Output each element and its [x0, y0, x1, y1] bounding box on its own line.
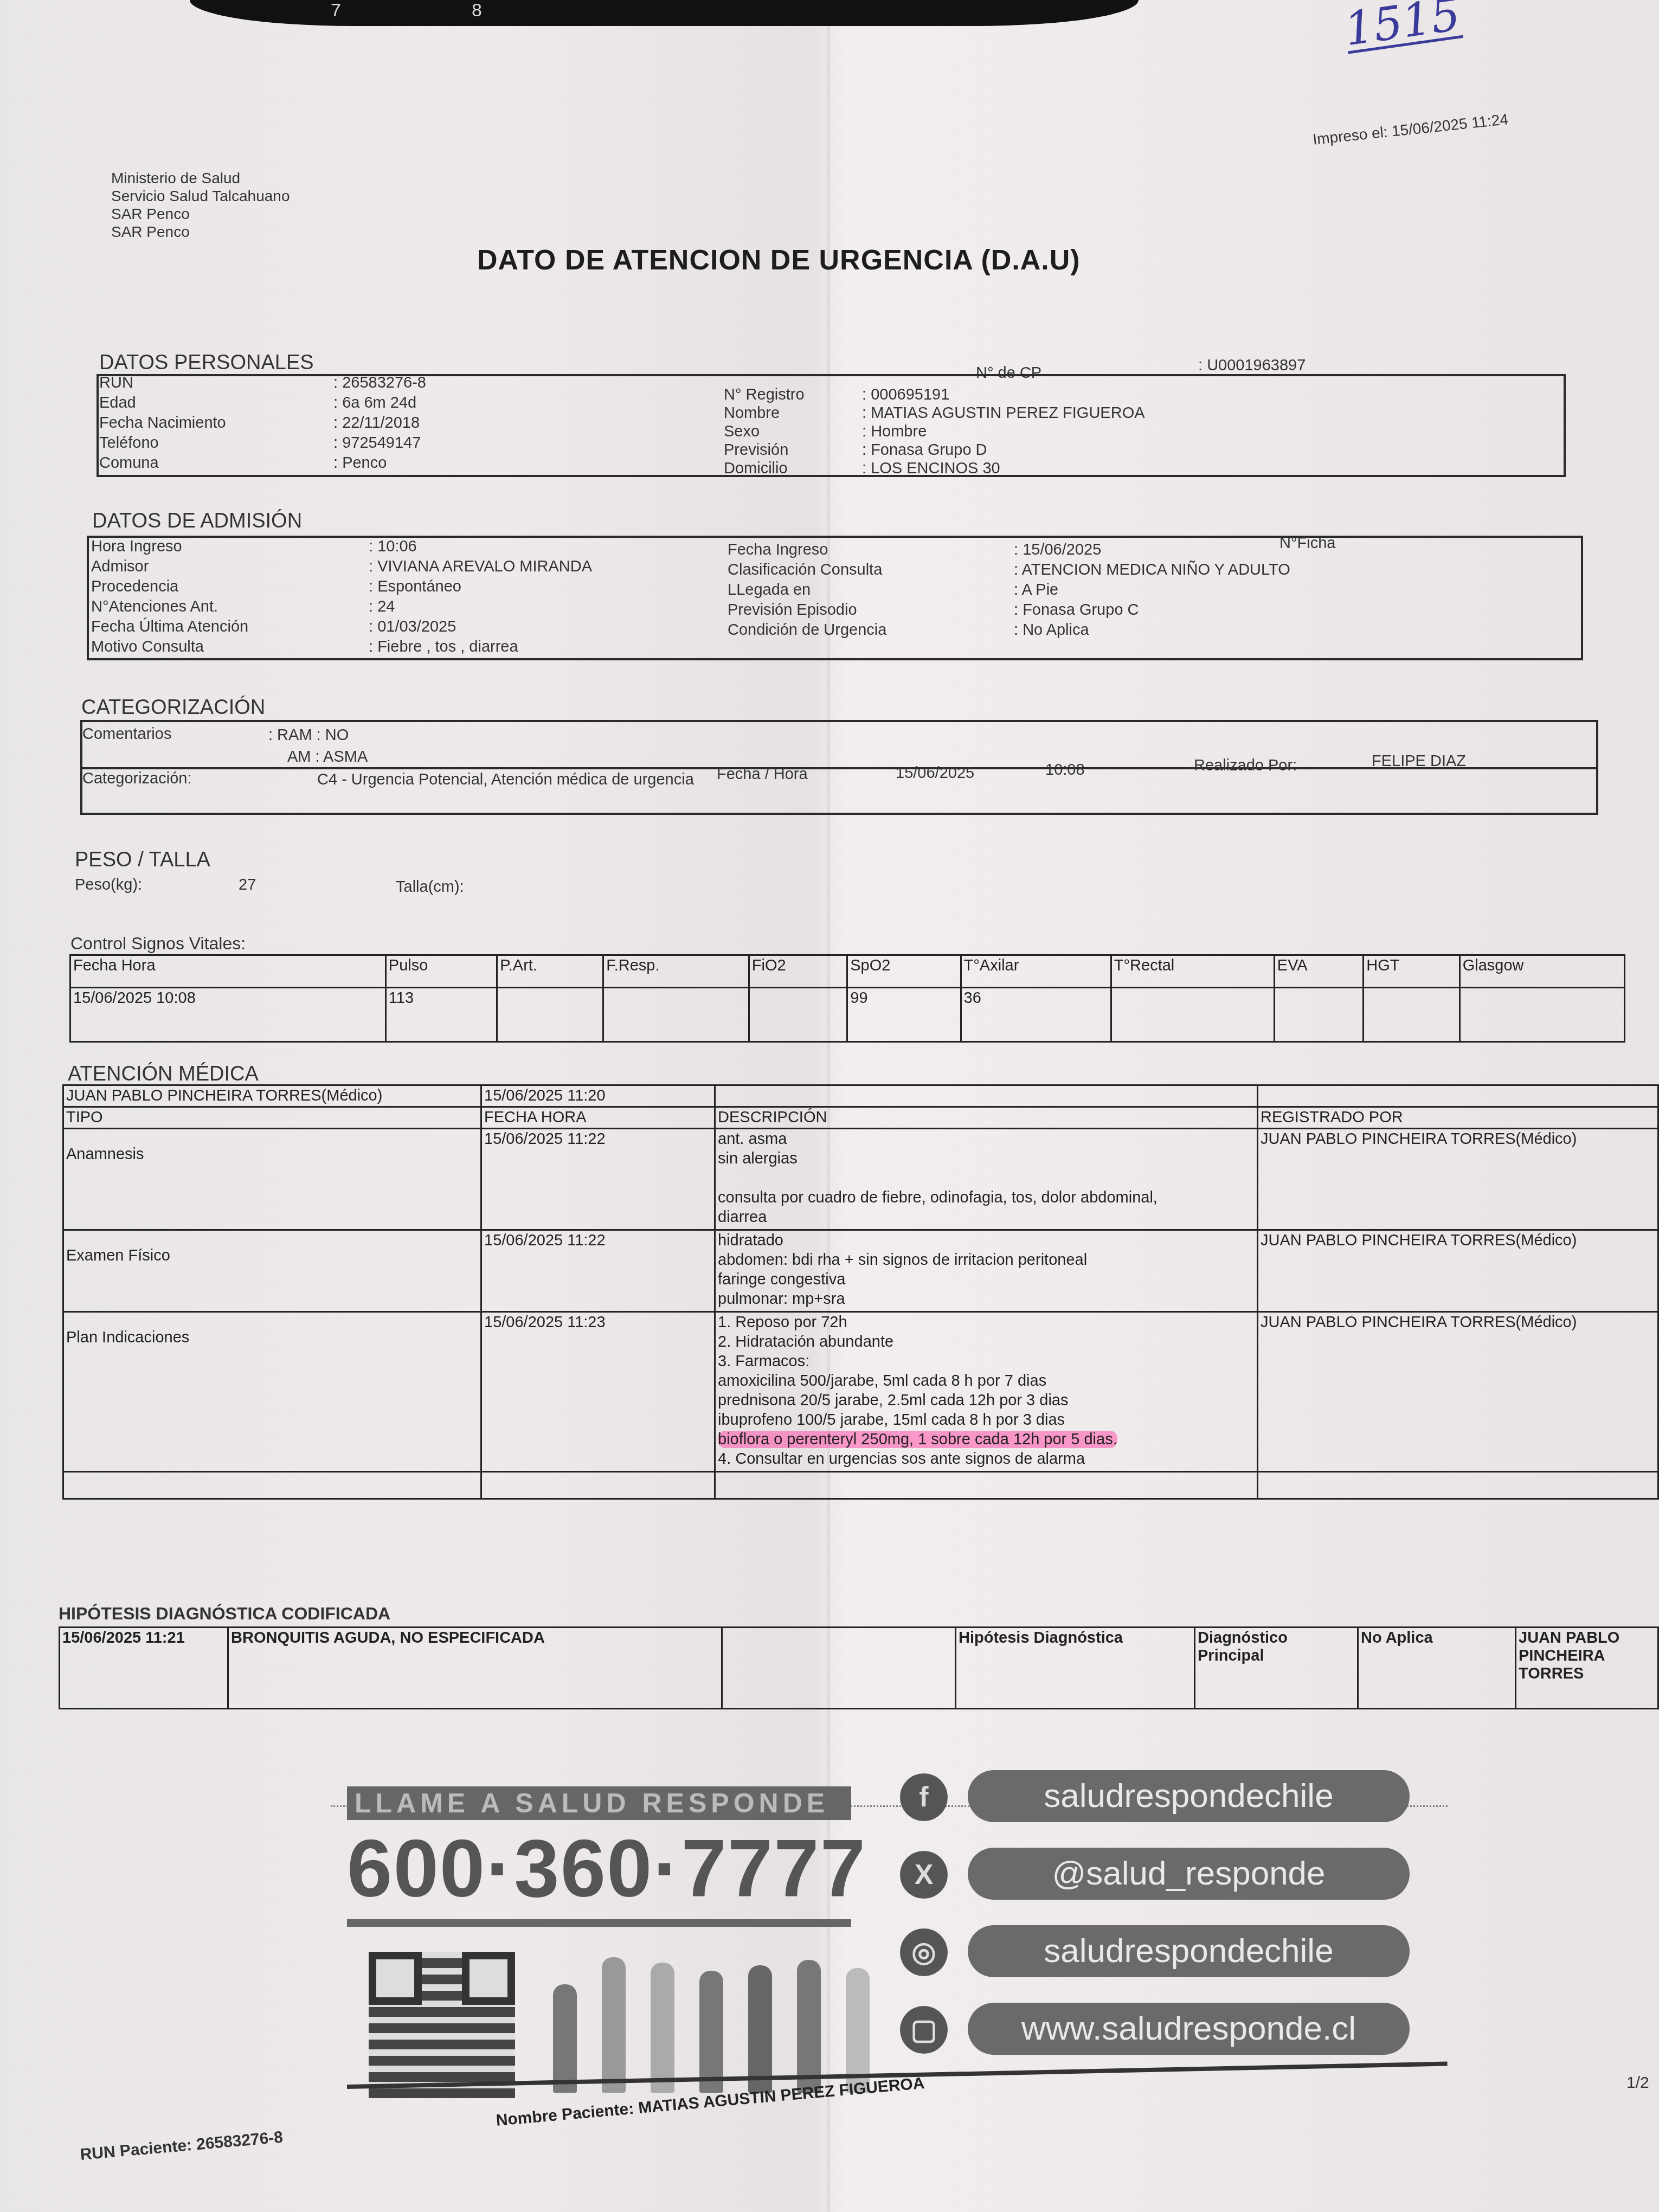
personal-left-row: Fecha Nacimiento: 22/11/2018 — [99, 414, 226, 432]
field-label: Nombre — [724, 404, 780, 422]
atencion-header: REGISTRADO POR — [1258, 1107, 1658, 1129]
field-value: : No Aplica — [1014, 621, 1089, 639]
social-link: ▢www.saludresponde.cl — [900, 2003, 1420, 2055]
atencion-registrado: JUAN PABLO PINCHEIRA TORRES(Médico) — [1258, 1312, 1658, 1472]
vitals-header: Fecha Hora — [70, 955, 386, 988]
categorizacion-fecha: 15/06/2025 — [896, 764, 974, 782]
web-icon: ▢ — [900, 2006, 948, 2054]
social-handle: @salud_responde — [968, 1848, 1410, 1900]
doctor-name: JUAN PABLO PINCHEIRA TORRES(Médico) — [63, 1085, 481, 1107]
handwritten-note: 1515 — [1342, 0, 1463, 54]
vitals-header: EVA — [1274, 955, 1363, 988]
field-label: Previsión Episodio — [728, 601, 857, 619]
field-label: Condición de Urgencia — [728, 621, 886, 639]
comentario-ram: : RAM : NO — [268, 726, 349, 744]
field-label: Edad — [99, 394, 136, 412]
atencion-descripcion: ant. asmasin alergiasconsulta por cuadro… — [715, 1129, 1258, 1230]
field-label: Fecha Nacimiento — [99, 414, 226, 432]
datos-personales-box — [97, 374, 1566, 477]
org-line: SAR Penco — [111, 223, 290, 241]
social-handle: saludrespondechile — [968, 1770, 1410, 1822]
keyboard-edge: 7 8 — [190, 0, 1139, 26]
field-value: : 26583276-8 — [333, 374, 426, 392]
personal-right-row: Previsión: Fonasa Grupo D — [724, 441, 788, 459]
field-label: N° Registro — [724, 386, 805, 404]
key-label: 8 — [472, 0, 482, 21]
field-value: : Penco — [333, 454, 387, 472]
hipotesis-medico: JUAN PABLO PINCHEIRA TORRES — [1516, 1628, 1658, 1709]
field-label: RUN — [99, 374, 133, 392]
divider — [80, 767, 1598, 769]
categorizacion-hora: 10:08 — [1045, 761, 1085, 779]
field-value: : LOS ENCINOS 30 — [862, 460, 1000, 478]
description-line: ant. asma — [718, 1130, 787, 1148]
hipotesis-clase: Diagnóstico Principal — [1195, 1628, 1358, 1709]
vitals-header: SpO2 — [847, 955, 961, 988]
vitals-header: Pulso — [385, 955, 497, 988]
facebook-icon: f — [900, 1773, 948, 1821]
field-label: Hora Ingreso — [91, 538, 182, 556]
personal-left-row: Teléfono: 972549147 — [99, 434, 159, 452]
description-line: faringe congestiva — [718, 1271, 845, 1288]
field-value: : A Pie — [1014, 581, 1058, 599]
hipotesis-fecha: 15/06/2025 11:21 — [60, 1628, 228, 1709]
hipotesis-ges: No Aplica — [1358, 1628, 1516, 1709]
admision-right-row: LLegada en: A Pie — [728, 581, 811, 599]
social-handle: saludrespondechile — [968, 1925, 1410, 1977]
atencion-descripcion: hidratadoabdomen: bdi rha + sin signos d… — [715, 1230, 1258, 1312]
org-line: Ministerio de Salud — [111, 169, 290, 187]
vitals-cell: 113 — [385, 988, 497, 1042]
atencion-tipo: Anamnesis — [63, 1129, 481, 1230]
field-value: : Espontáneo — [369, 578, 461, 596]
admision-right-row: Condición de Urgencia: No Aplica — [728, 621, 886, 639]
field-label: N°Atenciones Ant. — [91, 598, 218, 616]
document-title: DATO DE ATENCION DE URGENCIA (D.A.U) — [477, 244, 1081, 276]
section-title-datos-admision: DATOS DE ADMISIÓN — [92, 510, 302, 533]
qr-code-icon — [369, 1952, 515, 2098]
vitals-cell: 15/06/2025 10:08 — [70, 988, 386, 1042]
vitals-header: Glasgow — [1459, 955, 1624, 988]
social-link: X@salud_responde — [900, 1848, 1420, 1900]
section-title-hipotesis: HIPÓTESIS DIAGNÓSTICA CODIFICADA — [59, 1604, 390, 1624]
field-value: : ATENCION MEDICA NIÑO Y ADULTO — [1014, 561, 1290, 579]
field-label: Sexo — [724, 423, 760, 441]
divider — [347, 1919, 851, 1927]
org-line: Servicio Salud Talcahuano — [111, 187, 290, 205]
description-line: ibuprofeno 100/5 jarabe, 15ml cada 8 h p… — [718, 1411, 1065, 1429]
table-row: Examen Físico15/06/2025 11:22hidratadoab… — [63, 1230, 1658, 1312]
atencion-registrado: JUAN PABLO PINCHEIRA TORRES(Médico) — [1258, 1129, 1658, 1230]
vitals-header: T°Axilar — [961, 955, 1111, 988]
field-label: Fecha Última Atención — [91, 618, 248, 636]
personal-left-row: RUN: 26583276-8 — [99, 374, 133, 392]
page-number: 1/2 — [1626, 2074, 1649, 2092]
signos-vitales-title: Control Signos Vitales: — [70, 934, 246, 954]
hipotesis-empty — [722, 1628, 956, 1709]
description-line: 2. Hidratación abundante — [718, 1333, 893, 1351]
field-label: Teléfono — [99, 434, 159, 452]
organization-header: Ministerio de Salud Servicio Salud Talca… — [111, 169, 290, 241]
admision-right-row: Previsión Episodio: Fonasa Grupo C — [728, 601, 857, 619]
key-label: 7 — [331, 0, 341, 21]
table-row: Anamnesis15/06/2025 11:22ant. asmasin al… — [63, 1129, 1658, 1230]
field-value: : Fonasa Grupo C — [1014, 601, 1139, 619]
printed-timestamp: Impreso el: 15/06/2025 11:24 — [1312, 111, 1509, 149]
admision-left-row: Admisor: VIVIANA AREVALO MIRANDA — [91, 558, 149, 576]
field-label: Fecha Ingreso — [728, 541, 828, 559]
atencion-medica-table: JUAN PABLO PINCHEIRA TORRES(Médico)15/06… — [62, 1084, 1659, 1500]
atencion-tipo: Examen Físico — [63, 1230, 481, 1312]
field-label: Comuna — [99, 454, 159, 472]
doctor-datetime: 15/06/2025 11:20 — [481, 1085, 715, 1107]
admision-left-row: Hora Ingreso: 10:06 — [91, 538, 182, 556]
atencion-fecha: 15/06/2025 11:23 — [481, 1312, 715, 1472]
admision-left-row: N°Atenciones Ant.: 24 — [91, 598, 218, 616]
personal-right-row: N° Registro: 000695191 — [724, 386, 805, 404]
realizado-label: Realizado Por: — [1194, 757, 1297, 775]
personal-right-row: Nombre: MATIAS AGUSTIN PEREZ FIGUEROA — [724, 404, 780, 422]
vitals-cell — [749, 988, 847, 1042]
description-line: 1. Reposo por 72h — [718, 1314, 847, 1331]
section-title-peso-talla: PESO / TALLA — [75, 848, 210, 872]
vitals-cell: 36 — [961, 988, 1111, 1042]
categorizacion-value: C4 - Urgencia Potencial, Atención médica… — [317, 769, 697, 790]
vitals-header: P.Art. — [497, 955, 603, 988]
field-value: : 15/06/2025 — [1014, 541, 1101, 559]
field-value: : MATIAS AGUSTIN PEREZ FIGUEROA — [862, 404, 1145, 422]
field-value: : Fiebre , tos , diarrea — [369, 638, 518, 656]
field-label: LLegada en — [728, 581, 811, 599]
description-line: bioflora o perenteryl 250mg, 1 sobre cad… — [718, 1431, 1117, 1448]
org-line: SAR Penco — [111, 205, 290, 223]
cp-value: : U0001963897 — [1198, 357, 1306, 375]
field-label: Previsión — [724, 441, 788, 459]
footer-patient-run: RUN Paciente: 26583276-8 — [80, 2128, 284, 2164]
atencion-header: TIPO — [63, 1107, 481, 1129]
admision-right-row: Fecha Ingreso: 15/06/2025 — [728, 541, 828, 559]
description-line: 3. Farmacos: — [718, 1353, 809, 1370]
description-line: pulmonar: mp+sra — [718, 1290, 845, 1308]
description-line: diarrea — [718, 1208, 767, 1226]
field-value: : 972549147 — [333, 434, 421, 452]
description-line: consulta por cuadro de fiebre, odinofagi… — [718, 1189, 1158, 1206]
hipotesis-tipo: Hipótesis Diagnóstica — [956, 1628, 1195, 1709]
vitals-cell — [1111, 988, 1274, 1042]
field-value: : Hombre — [862, 423, 927, 441]
field-value: : 6a 6m 24d — [333, 394, 416, 412]
admision-left-row: Fecha Última Atención: 01/03/2025 — [91, 618, 248, 636]
personal-left-row: Edad: 6a 6m 24d — [99, 394, 136, 412]
section-title-datos-personales: DATOS PERSONALES — [99, 351, 314, 375]
field-value: : VIVIANA AREVALO MIRANDA — [369, 558, 592, 576]
vitals-cell — [1274, 988, 1363, 1042]
description-line: amoxicilina 500/jarabe, 5ml cada 8 h por… — [718, 1372, 1046, 1390]
social-handle: www.saludresponde.cl — [968, 2003, 1410, 2055]
atencion-fecha: 15/06/2025 11:22 — [481, 1230, 715, 1312]
vitals-header: HGT — [1364, 955, 1459, 988]
field-value: : 000695191 — [862, 386, 949, 404]
section-title-categorizacion: CATEGORIZACIÓN — [81, 696, 265, 719]
vitals-cell — [1364, 988, 1459, 1042]
vitals-header: FiO2 — [749, 955, 847, 988]
call-strip: LLAME A SALUD RESPONDE — [347, 1786, 851, 1820]
field-label: Domicilio — [724, 460, 788, 478]
admision-left-row: Procedencia: Espontáneo — [91, 578, 178, 596]
field-value: : 24 — [369, 598, 395, 616]
talla-label: Talla(cm): — [396, 878, 464, 896]
description-line: prednisona 20/5 jarabe, 2.5ml cada 12h p… — [718, 1392, 1069, 1409]
peso-label: Peso(kg): — [75, 876, 142, 894]
admision-left-row: Motivo Consulta: Fiebre , tos , diarrea — [91, 638, 204, 656]
field-value: : 01/03/2025 — [369, 618, 456, 636]
comentario-am: AM : ASMA — [287, 748, 368, 766]
description-line: 4. Consultar en urgencias sos ante signo… — [718, 1450, 1085, 1468]
social-link: ◎saludrespondechile — [900, 1925, 1420, 1977]
hipotesis-diagnostico: BRONQUITIS AGUDA, NO ESPECIFICADA — [228, 1628, 722, 1709]
personal-left-row: Comuna: Penco — [99, 454, 159, 472]
social-link: fsaludrespondechile — [900, 1770, 1420, 1822]
instagram-icon: ◎ — [900, 1928, 948, 1976]
table-row: Plan Indicaciones15/06/2025 11:231. Repo… — [63, 1312, 1658, 1472]
admision-right-row: Clasificación Consulta: ATENCION MEDICA … — [728, 561, 882, 579]
categorizacion-label: Categorización: — [82, 770, 192, 788]
field-value: : 22/11/2018 — [333, 414, 420, 432]
x-twitter-icon: X — [900, 1851, 948, 1899]
vitals-cell — [603, 988, 749, 1042]
description-line: abdomen: bdi rha + sin signos de irritac… — [718, 1251, 1087, 1269]
description-line: hidratado — [718, 1232, 783, 1249]
atencion-descripcion: 1. Reposo por 72h2. Hidratación abundant… — [715, 1312, 1258, 1472]
field-label: Motivo Consulta — [91, 638, 204, 656]
vitals-cell: 99 — [847, 988, 961, 1042]
personal-right-row: Domicilio: LOS ENCINOS 30 — [724, 460, 788, 478]
datos-admision-box — [87, 536, 1583, 660]
fecha-hora-label: Fecha / Hora — [717, 766, 808, 783]
field-label: Clasificación Consulta — [728, 561, 882, 579]
realizado-value: FELIPE DIAZ — [1372, 753, 1466, 770]
description-line: sin alergias — [718, 1150, 798, 1167]
section-title-atencion-medica: ATENCIÓN MÉDICA — [68, 1063, 259, 1086]
peso-value: 27 — [239, 876, 256, 894]
atencion-tipo: Plan Indicaciones — [63, 1312, 481, 1472]
field-value: : Fonasa Grupo D — [862, 441, 987, 459]
personal-right-row: Sexo: Hombre — [724, 423, 760, 441]
people-illustration — [542, 1930, 867, 2093]
vitals-cell — [1459, 988, 1624, 1042]
field-label: Admisor — [91, 558, 149, 576]
vitals-header: F.Resp. — [603, 955, 749, 988]
field-value: : 10:06 — [369, 538, 417, 556]
field-label: Procedencia — [91, 578, 178, 596]
vitals-header: T°Rectal — [1111, 955, 1274, 988]
atencion-registrado: JUAN PABLO PINCHEIRA TORRES(Médico) — [1258, 1230, 1658, 1312]
hipotesis-table: 15/06/2025 11:21 BRONQUITIS AGUDA, NO ES… — [59, 1626, 1659, 1709]
vitals-cell — [497, 988, 603, 1042]
comentarios-label: Comentarios — [82, 725, 171, 743]
atencion-header: DESCRIPCIÓN — [715, 1107, 1258, 1129]
salud-responde-phone: 600·360·7777 — [347, 1822, 866, 1915]
atencion-fecha: 15/06/2025 11:22 — [481, 1129, 715, 1230]
atencion-header: FECHA HORA — [481, 1107, 715, 1129]
signos-vitales-table: Fecha HoraPulsoP.Art.F.Resp.FiO2SpO2T°Ax… — [69, 954, 1625, 1043]
